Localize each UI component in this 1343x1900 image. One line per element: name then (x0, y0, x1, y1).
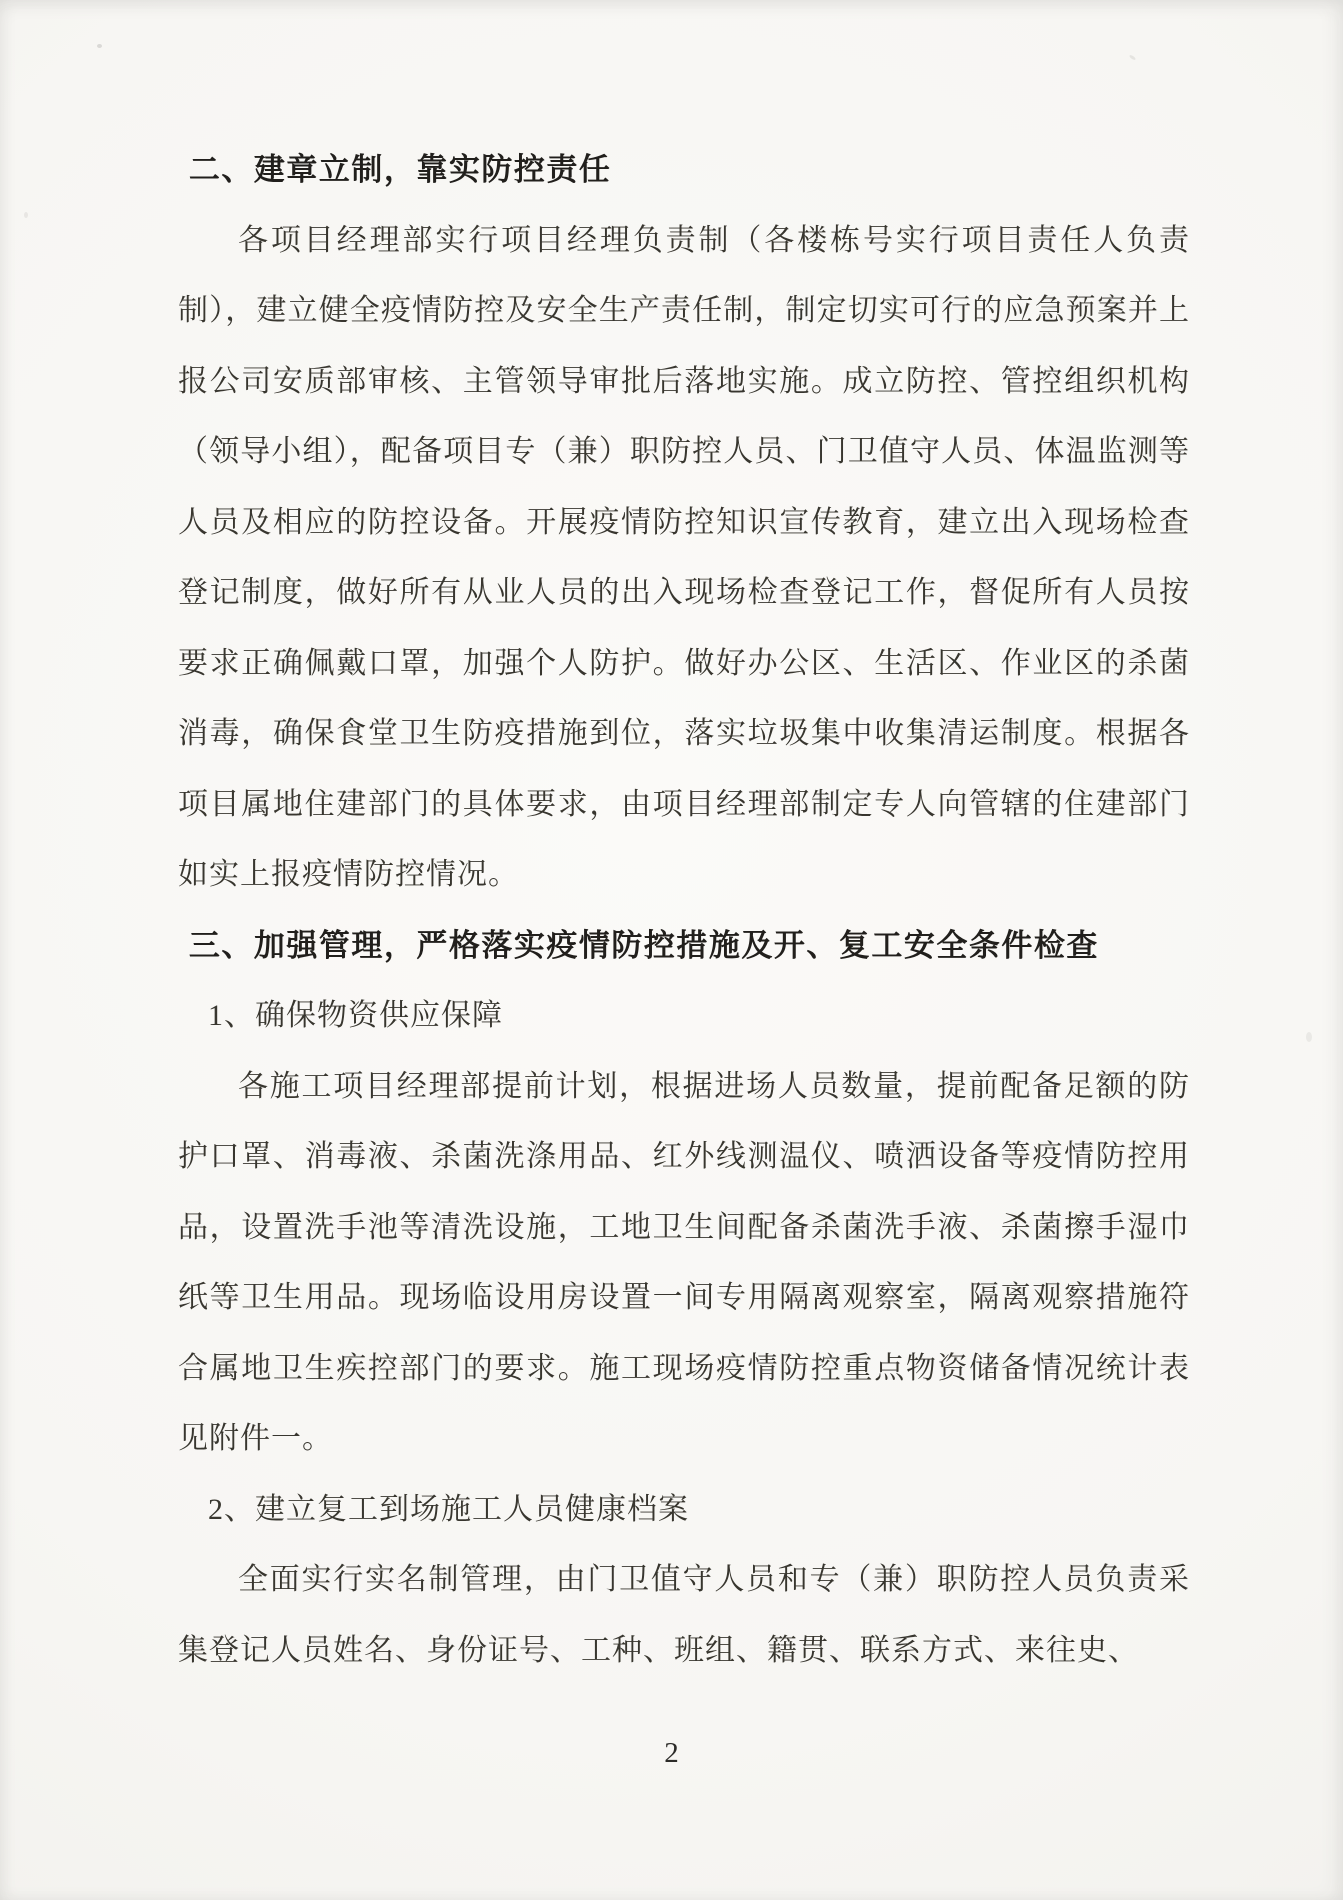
subheading-item-1: 1、确保物资供应保障 (178, 981, 1190, 1052)
paragraph-material-supply: 各施工项目经理部提前计划，根据进场人员数量，提前配备足额的防护口罩、消毒液、杀菌… (178, 1052, 1190, 1475)
scan-speck (1306, 1032, 1312, 1042)
paragraph-health-records: 全面实行实名制管理，由门卫值守人员和专（兼）职防控人员负责采集登记人员姓名、身份… (178, 1545, 1190, 1686)
scan-speck (24, 212, 28, 218)
page-number: 2 (0, 1737, 1343, 1770)
subheading-item-2: 2、建立复工到场施工人员健康档案 (178, 1475, 1190, 1546)
scan-speck (1129, 54, 1136, 60)
document-body: 二、建章立制，靠实防控责任 各项目经理部实行项目经理负责制（各楼栋号实行项目责任… (178, 135, 1190, 1686)
paragraph-responsibility-system: 各项目经理部实行项目经理负责制（各楼栋号实行项目责任人负责制），建立健全疫情防控… (178, 206, 1190, 911)
section-heading-2: 二、建章立制，靠实防控责任 (178, 135, 1190, 206)
scan-speck (97, 44, 102, 48)
section-heading-3: 三、加强管理，严格落实疫情防控措施及开、复工安全条件检查 (178, 911, 1190, 982)
